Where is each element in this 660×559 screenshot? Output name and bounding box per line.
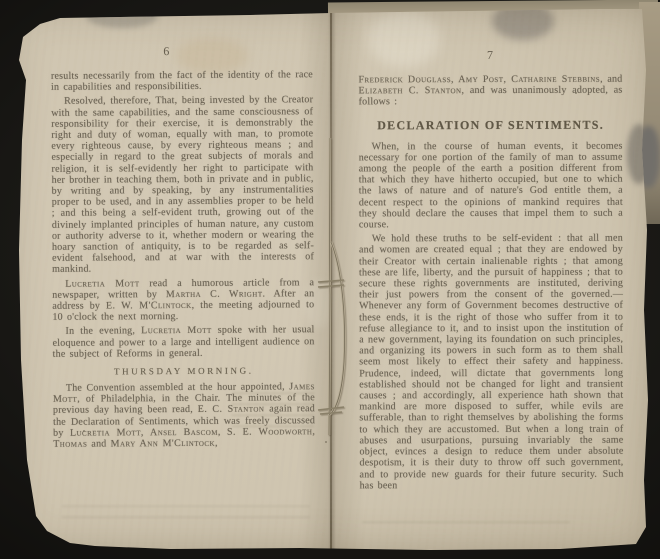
binding-thread [296, 130, 366, 460]
scanned-document-background: 6 results necessarily from the fact of t… [0, 0, 660, 559]
